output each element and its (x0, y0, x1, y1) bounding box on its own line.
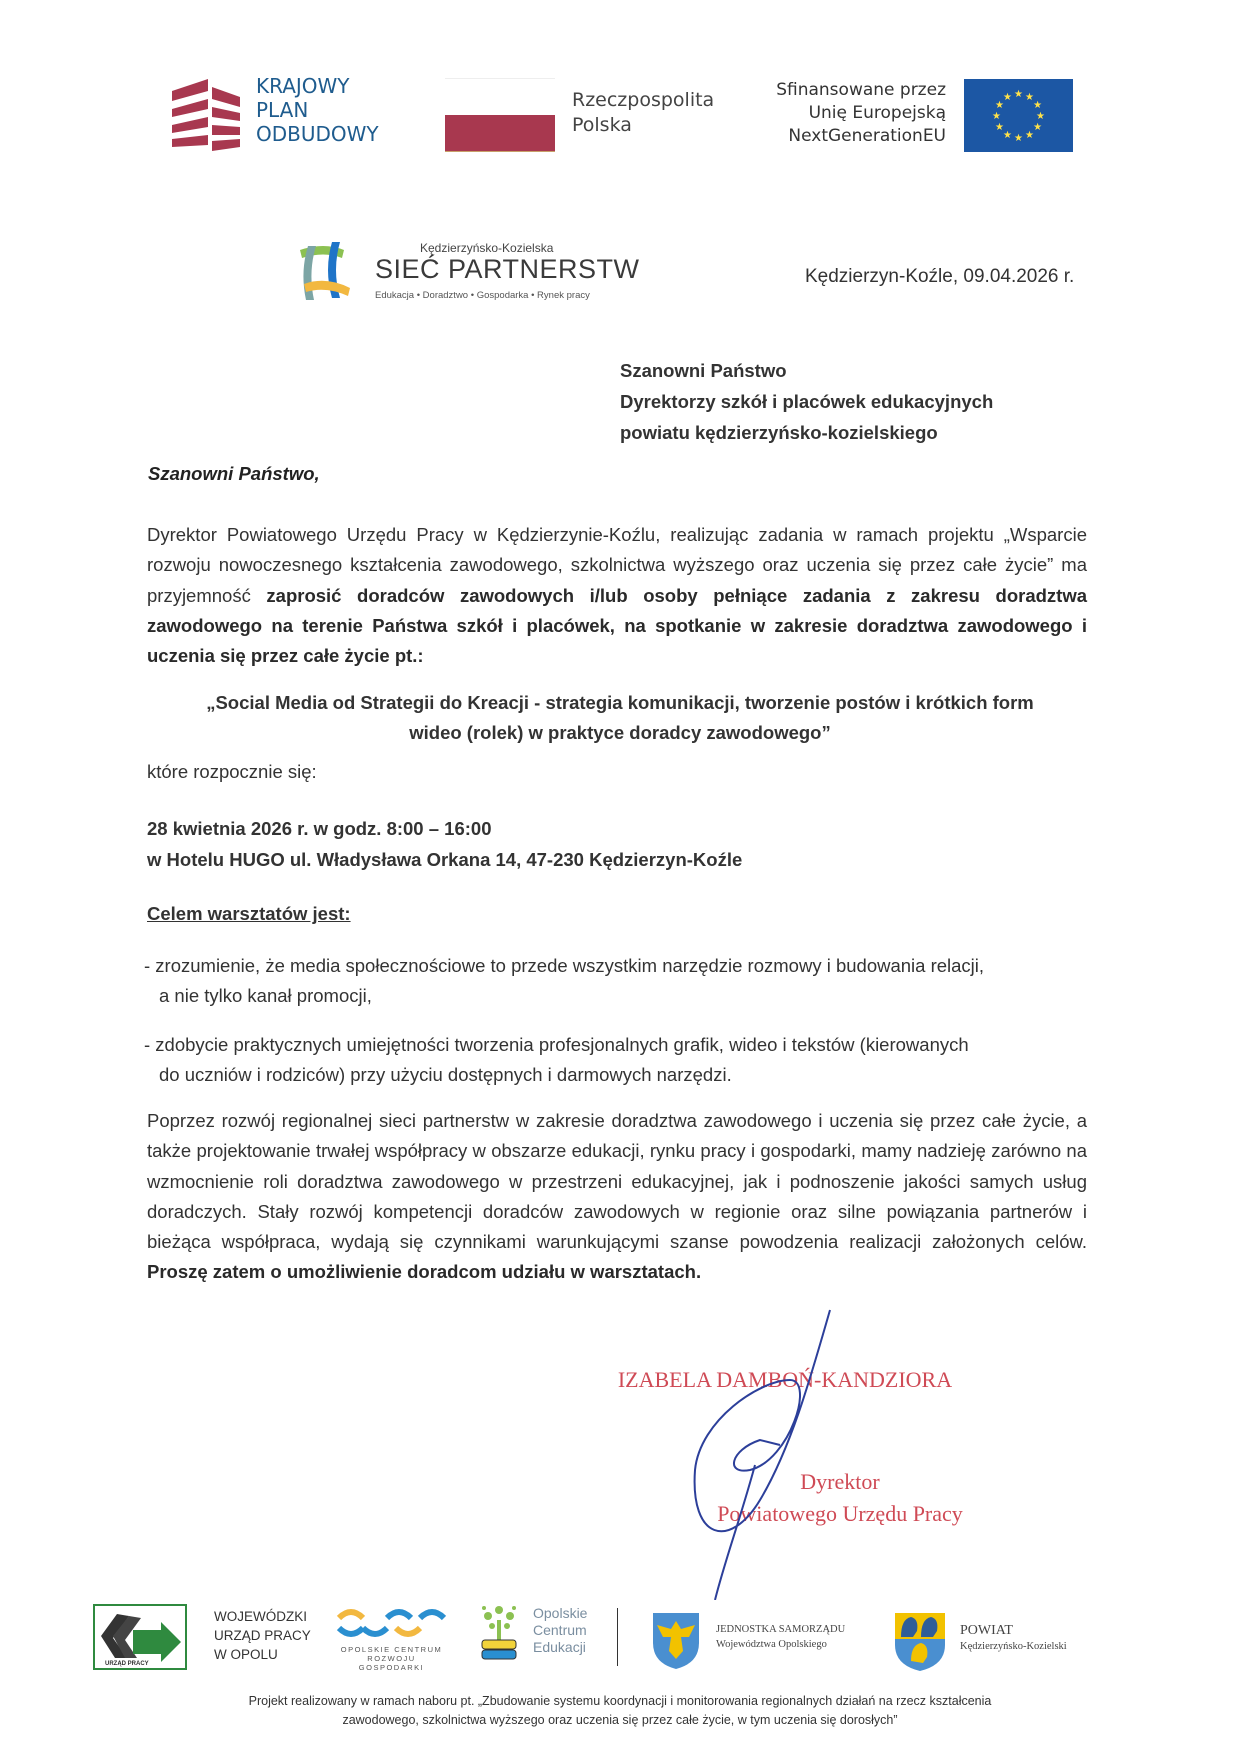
wup-line-3: W OPOLU (214, 1645, 311, 1664)
wup-logo-text: WOJEWÓDZKI URZĄD PRACY W OPOLU (214, 1607, 311, 1664)
goal-2-line-1: - zdobycie praktycznych umiejętności two… (144, 1030, 1094, 1060)
svg-text:★: ★ (1014, 89, 1023, 100)
ocrg-logo-icon (334, 1606, 449, 1642)
eu-line-1: Sfinansowane przez (740, 79, 946, 102)
goals-heading: Celem warsztatów jest: (147, 903, 351, 925)
ocrg-line-1: OPOLSKIE CENTRUM (334, 1645, 449, 1654)
goal-2-line-2: do uczniów i rodziców) przy użyciu dostę… (144, 1060, 1094, 1090)
kpo-logo-mark-icon (172, 77, 242, 153)
intro-invitation-bold: zaprosić doradców zawodowych i/lub osoby… (147, 585, 1087, 667)
svg-text:★: ★ (1025, 130, 1034, 141)
oce-line-3: Edukacji (533, 1639, 587, 1656)
ocrg-logo-text: OPOLSKIE CENTRUM ROZWOJU GOSPODARKI (334, 1645, 449, 1672)
kpo-line-3: ODBUDOWY (256, 122, 379, 146)
goal-1-line-1: - zrozumienie, że media społecznościowe … (144, 951, 1094, 981)
event-date-time: 28 kwietnia 2026 r. w godz. 8:00 – 16:00 (147, 813, 742, 844)
handwritten-signature-icon (640, 1300, 840, 1600)
goal-1-line-2: a nie tylko kanał promocji, (144, 981, 1094, 1011)
goal-item: - zrozumienie, że media społecznościowe … (144, 951, 1094, 1011)
kpo-logo-text: KRAJOWY PLAN ODBUDOWY (256, 74, 379, 146)
salutation: Szanowni Państwo, (148, 463, 320, 485)
eu-logo-text: Sfinansowane przez Unię Europejską NextG… (740, 79, 946, 148)
oce-line-2: Centrum (533, 1622, 587, 1639)
svg-text:URZĄD PRACY: URZĄD PRACY (105, 1661, 149, 1667)
oce-line-1: Opolskie (533, 1605, 587, 1622)
eu-line-3: NextGenerationEU (740, 125, 946, 148)
polish-flag-icon (445, 78, 555, 150)
project-footer-note: Projekt realizowany w ramach naboru pt. … (150, 1692, 1090, 1730)
jst-line-2: Województwa Opolskiego (716, 1637, 845, 1652)
oce-tree-books-icon (478, 1600, 520, 1662)
eu-line-2: Unię Europejską (740, 102, 946, 125)
kpo-line-2: PLAN (256, 98, 379, 122)
svg-text:★: ★ (1036, 111, 1045, 122)
wup-logo-icon: URZĄD PRACY (93, 1604, 187, 1670)
oce-logo-text: Opolskie Centrum Edukacji (533, 1605, 587, 1656)
powiat-line-1: POWIAT (960, 1622, 1067, 1639)
rp-line-2: Polska (572, 113, 714, 138)
addressee-line-1: Szanowni Państwo (620, 355, 993, 386)
svg-text:★: ★ (1014, 133, 1023, 144)
svg-text:★: ★ (1033, 122, 1042, 133)
jst-logo-text: JEDNOSTKA SAMORZĄDU Województwa Opolskie… (716, 1622, 845, 1652)
addressee-line-2: Dyrektorzy szkół i placówek edukacyjnych (620, 386, 993, 417)
closing-text: Poprzez rozwój regionalnej sieci partner… (147, 1110, 1087, 1252)
event-title-line-1: „Social Media od Strategii do Kreacji - … (160, 688, 1080, 718)
addressee-line-3: powiatu kędzierzyńsko-kozielskiego (620, 417, 993, 448)
wup-line-2: URZĄD PRACY (214, 1626, 311, 1645)
event-title: „Social Media od Strategii do Kreacji - … (160, 688, 1080, 748)
svg-text:★: ★ (992, 111, 1001, 122)
addressee-block: Szanowni Państwo Dyrektorzy szkół i plac… (620, 355, 993, 448)
goal-item: - zdobycie praktycznych umiejętności two… (144, 1030, 1094, 1090)
rp-logo-text: Rzeczpospolita Polska (572, 88, 714, 138)
siec-partnerstw-logo-icon (296, 240, 354, 302)
svg-text:★: ★ (1003, 130, 1012, 141)
powiat-line-2: Kędzierzyńsko-Kozielski (960, 1639, 1067, 1654)
intro-paragraph: Dyrektor Powiatowego Urzędu Pracy w Kędz… (147, 520, 1087, 671)
partner-logo-tagline: Edukacja • Doradztwo • Gospodarka • Ryne… (375, 290, 590, 301)
starts-label: które rozpocznie się: (147, 761, 317, 783)
svg-text:★: ★ (1033, 100, 1042, 111)
letter-date: Kędzierzyn-Koźle, 09.04.2026 r. (805, 266, 1074, 288)
eu-flag-icon: ★★★★★★★★★★★★ (964, 79, 1073, 152)
powiat-goats-coat-of-arms-icon (893, 1611, 947, 1673)
opolskie-eagle-coat-of-arms-icon (651, 1611, 701, 1671)
event-details: 28 kwietnia 2026 r. w godz. 8:00 – 16:00… (147, 813, 742, 875)
logo-divider (617, 1608, 618, 1666)
svg-text:★: ★ (1003, 92, 1012, 103)
closing-paragraph: Poprzez rozwój regionalnej sieci partner… (147, 1106, 1087, 1288)
rp-line-1: Rzeczpospolita (572, 88, 714, 113)
jst-line-1: JEDNOSTKA SAMORZĄDU (716, 1622, 845, 1637)
wup-line-1: WOJEWÓDZKI (214, 1607, 311, 1626)
footer-note-line-2: zawodowego, szkolnictwa wyższego oraz uc… (150, 1711, 1090, 1730)
footer-note-line-1: Projekt realizowany w ramach naboru pt. … (150, 1692, 1090, 1711)
svg-text:★: ★ (995, 122, 1004, 133)
ocrg-line-2: ROZWOJU GOSPODARKI (334, 1654, 449, 1672)
kpo-line-1: KRAJOWY (256, 74, 379, 98)
event-title-line-2: wideo (rolek) w praktyce doradcy zawodow… (160, 718, 1080, 748)
powiat-logo-text: POWIAT Kędzierzyńsko-Kozielski (960, 1622, 1067, 1654)
closing-request-bold: Proszę zatem o umożliwienie doradcom udz… (147, 1261, 701, 1282)
event-location: w Hotelu HUGO ul. Władysława Orkana 14, … (147, 844, 742, 875)
partner-logo-title: SIEĆ PARTNERSTW (375, 254, 640, 285)
partner-logo-region: Kędzierzyńsko-Kozielska (420, 241, 553, 255)
